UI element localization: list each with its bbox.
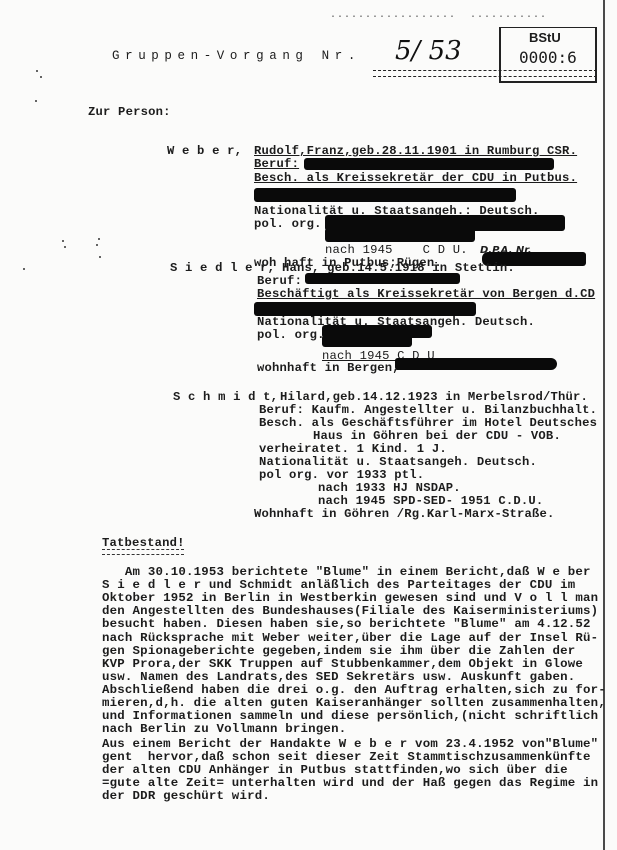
person-detail-line: pol. org.	[257, 329, 325, 342]
person-detail-line: Besch. als Kreissekretär der CDU in Putb…	[254, 172, 577, 185]
paragraph-line: KVP Prora,der SKK Truppen auf Stubbenkam…	[102, 658, 583, 671]
margin-mark	[96, 244, 98, 246]
paragraph-line: besucht haben. Diesen haben sie,so beric…	[102, 618, 591, 631]
redaction-bar	[254, 302, 476, 316]
paragraph-line: und Informationen sammeln und diese pers…	[102, 710, 598, 723]
page-edge-line	[603, 0, 605, 850]
margin-mark	[35, 100, 37, 102]
stamp-label: BStU	[529, 30, 561, 45]
paragraph-line: Am 30.10.1953 berichtete "Blume" in eine…	[102, 566, 591, 579]
redaction-bar	[395, 358, 557, 370]
margin-mark	[98, 238, 100, 240]
margin-mark	[23, 268, 25, 270]
stamp-number: 0000:6	[519, 48, 577, 67]
paragraph-line: =gute alte Zeit= unterhalten wird und de…	[102, 777, 598, 790]
redaction-bar	[254, 188, 516, 202]
person-detail-line: Rudolf,Franz,geb.28.11.1901 in Rumburg C…	[254, 145, 577, 158]
person-surname: W e b e r,	[167, 145, 242, 158]
paragraph-line: usw. Namen des Landrats,des SED Sekretär…	[102, 671, 575, 684]
paragraph-line: den Angestellten des Bundeshauses(Filial…	[102, 605, 598, 618]
person-detail-line: Beschäftigt als Kreissekretär von Bergen…	[257, 288, 595, 301]
paragraph-line: gen Spionageberichte gegeben,indem sie i…	[102, 645, 575, 658]
paragraph-line: gent hervor,daß schon seit dieser Zeit S…	[102, 751, 591, 764]
margin-mark	[40, 76, 42, 78]
document-title: Gruppen-Vorgang Nr.	[112, 50, 361, 63]
faded-top-line: .................. ...........	[330, 10, 547, 21]
person-detail-line: wohnhaft in Bergen,	[257, 362, 400, 375]
redaction-bar	[325, 228, 475, 242]
section-heading-person: Zur Person:	[88, 106, 171, 119]
redaction-bar	[322, 335, 412, 347]
paragraph-line: mieren,d,h. die alten guten Kaiseranhäng…	[102, 697, 606, 710]
paragraph-line: nach Berlin zu Vollmann bringen.	[102, 723, 346, 736]
person-detail-line: Wohnhaft in Göhren /Rg.Karl-Marx-Straße.	[254, 508, 555, 521]
redaction-bar	[305, 273, 460, 284]
person-detail-line: Beruf:	[254, 158, 299, 171]
margin-mark	[64, 246, 66, 248]
paragraph-line: der alten CDU Anhänger in Putbus stattfi…	[102, 764, 568, 777]
redaction-bar	[304, 158, 554, 170]
paragraph-line: Abschließend haben die drei o.g. den Auf…	[102, 684, 606, 697]
case-number-handwritten: 5/ 53	[395, 36, 462, 66]
paragraph-line: nach Rücksprache mit Weber weiter,über d…	[102, 632, 598, 645]
margin-mark	[62, 240, 64, 242]
margin-mark	[99, 256, 101, 258]
paragraph-line: S i e d l e r und Schmidt anläßlich des …	[102, 579, 575, 592]
person-detail-line: pol. org.	[254, 218, 322, 231]
paragraph-line: Oktober 1952 in Berlin in Westberkin gew…	[102, 592, 598, 605]
paragraph-line: Aus einem Bericht der Handakte W e b e r…	[102, 738, 598, 751]
archive-stamp: BStU 0000:6	[499, 27, 597, 83]
heading-double-underline	[102, 549, 184, 555]
paragraph-line: der DDR geschürt wird.	[102, 790, 270, 803]
margin-mark	[36, 70, 38, 72]
